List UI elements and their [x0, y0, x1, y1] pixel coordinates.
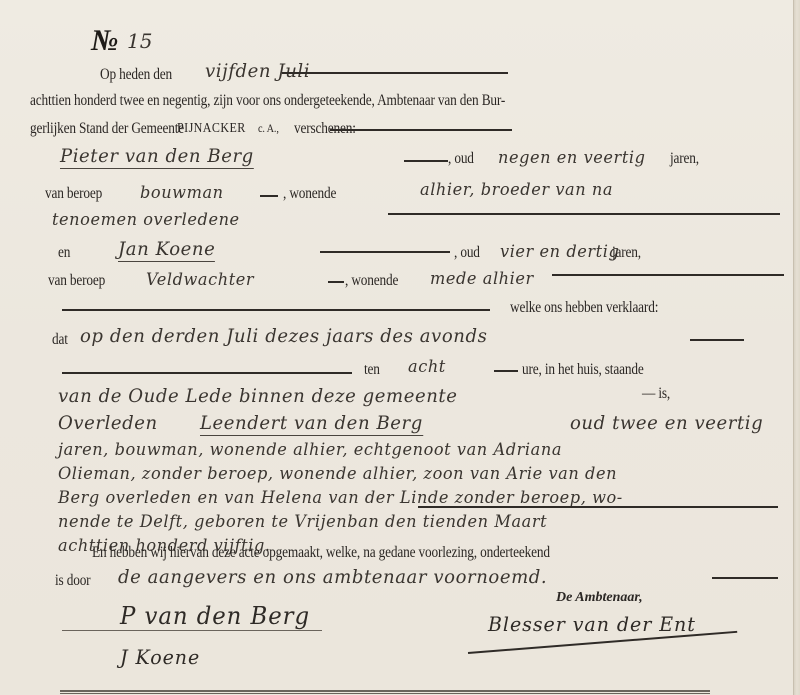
signature-rule [62, 630, 322, 631]
fill-rule [328, 281, 344, 283]
fill-rule [712, 577, 778, 579]
death-date: op den derden Juli dezes jaars des avond… [80, 325, 487, 347]
dat-label: dat [52, 331, 68, 349]
fill-rule [260, 195, 278, 197]
fill-rule [62, 372, 352, 374]
ure-label: ure, in het huis, staande [522, 361, 644, 379]
declarant2-age-suffix: jaren, [612, 244, 641, 262]
official-title: De Ambtenaar, [556, 590, 643, 606]
declarant1-profession: bouwman [140, 183, 224, 203]
overleden-label: Overleden [58, 412, 158, 434]
declarant2-name: Jan Koene [118, 238, 215, 262]
declarant2-signature: J Koene [120, 645, 200, 669]
fill-rule [388, 213, 780, 215]
hand-date: vijfden Juli [205, 60, 310, 82]
declared-label: welke ons hebben verklaard: [510, 299, 658, 317]
declarant1-residence-label: , wonende [283, 185, 336, 203]
official-signature: Blesser van der Ent [488, 612, 696, 636]
deceased-detail-line: Olieman, zonder beroep, wonende alhier, … [58, 464, 617, 484]
closing-signers: de aangevers en ons ambtenaar voornoemd. [118, 566, 547, 588]
record-number: 15 [127, 29, 152, 53]
declarant1-age-suffix: jaren, [670, 150, 699, 168]
deceased-name: Leendert van den Berg [200, 412, 423, 436]
number-symbol: № [91, 24, 118, 58]
fill-rule [690, 339, 744, 341]
fill-rule [494, 370, 518, 372]
declarant1-signature: P van den Berg [120, 602, 310, 630]
fill-rule [320, 251, 450, 253]
closing-is-door: is door [55, 572, 90, 590]
is-label: — is, [642, 385, 670, 403]
declarant1-age-label: , oud [448, 150, 474, 168]
fill-rule [282, 72, 508, 74]
municipality-name: PIJNACKER [177, 121, 246, 137]
page-edge [793, 0, 800, 695]
deceased-age: oud twee en veertig [570, 412, 763, 434]
fill-rule [418, 506, 778, 508]
printed-line-3a: gerlijken Stand der Gemeente [30, 120, 184, 138]
declarant2-prefix: en [58, 244, 70, 262]
register-page: № 15 Op heden den vijfden Juli achttien … [0, 0, 793, 695]
declarant1-residence-cont: tenoemen overledene [52, 210, 240, 230]
deceased-detail-line: nende te Delft, geboren te Vrijenban den… [58, 512, 547, 532]
declarant2-age: vier en dertig [500, 242, 619, 262]
printed-op-heden-den: Op heden den [100, 66, 172, 84]
declarant2-profession-label: van beroep [48, 272, 105, 290]
declarant1-residence: alhier, broeder van na [420, 180, 613, 200]
bottom-rule [60, 693, 710, 694]
fill-rule [404, 160, 448, 162]
fill-rule [62, 309, 490, 311]
declarant1-age: negen en veertig [498, 148, 646, 168]
declarant2-residence: mede alhier [430, 269, 534, 289]
death-location: van de Oude Lede binnen deze gemeente [58, 385, 457, 407]
declarant1-name: Pieter van den Berg [60, 145, 254, 169]
declarant2-age-label: , oud [454, 244, 480, 262]
deceased-detail-line: Berg overleden en van Helena van der Lin… [58, 488, 623, 508]
closing-line-1: En hebben wij hiervan deze acte opgemaak… [92, 544, 550, 562]
bottom-rule [60, 690, 710, 692]
printed-line-2: achttien honderd twee en negentig, zijn … [30, 92, 505, 110]
fill-rule [552, 274, 784, 276]
municipality-abbrev: c. A., [258, 121, 279, 136]
fill-rule [330, 129, 512, 131]
declarant2-residence-label: , wonende [345, 272, 398, 290]
declarant1-profession-label: van beroep [45, 185, 102, 203]
declarant2-profession: Veldwachter [146, 270, 254, 290]
deceased-detail-line: jaren, bouwman, wonende alhier, echtgeno… [58, 440, 562, 460]
death-hour: acht [408, 357, 446, 377]
ten-label: ten [364, 361, 380, 379]
